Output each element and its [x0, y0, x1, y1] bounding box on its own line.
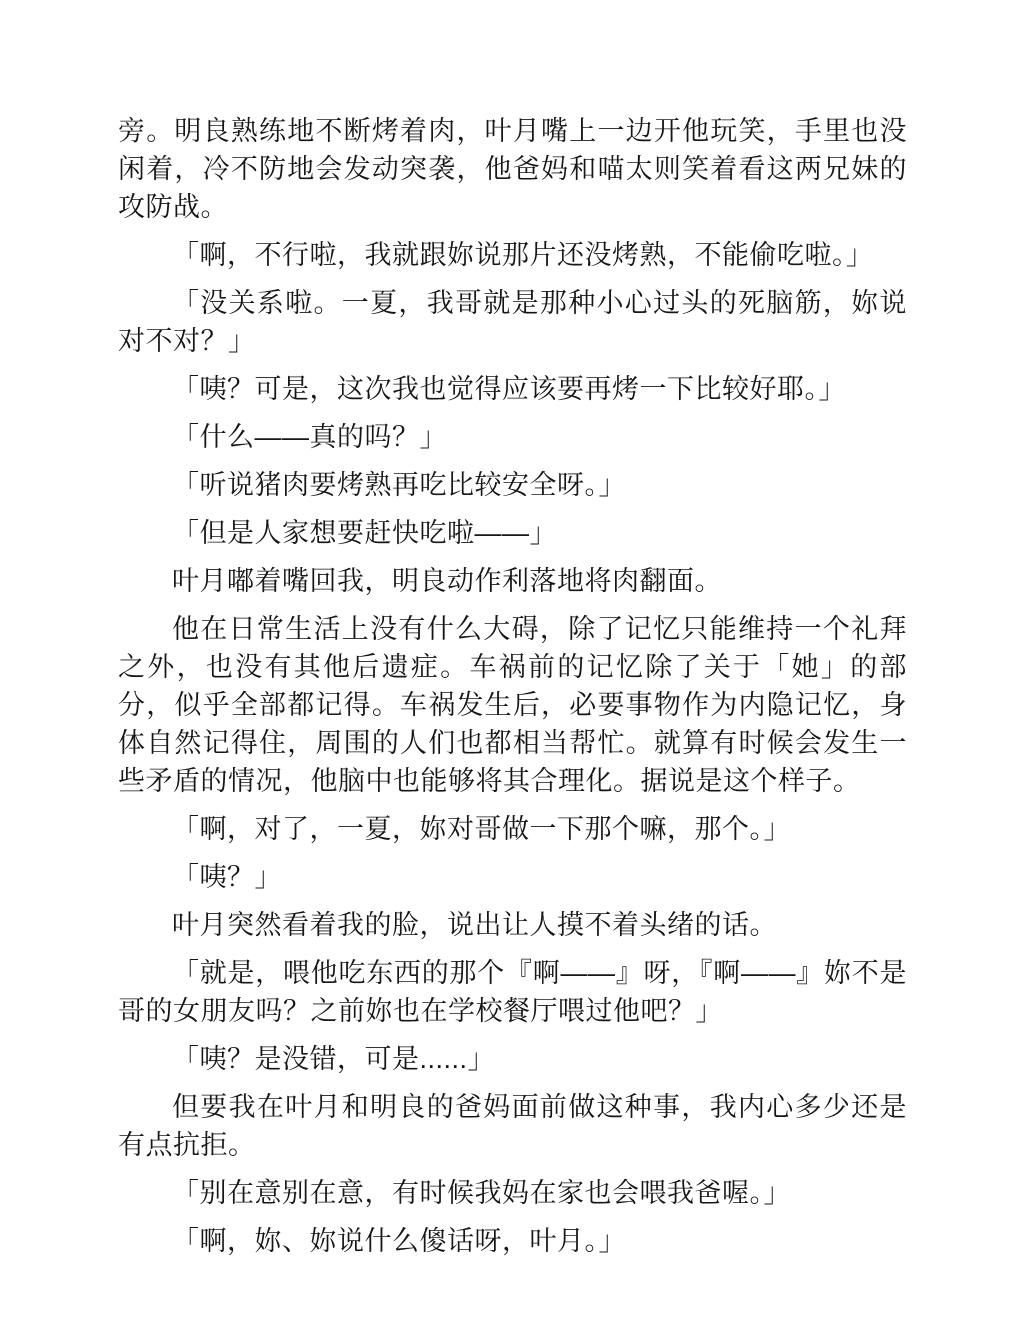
book-page: 旁。明良熟练地不断烤着肉，叶月嘴上一边开他玩笑，手里也没闲着，冷不防地会发动突袭…: [0, 0, 1020, 1320]
paragraph: 「就是，喂他吃东西的那个『啊——』呀，『啊——』妳不是哥的女朋友吗？之前妳也在学…: [118, 954, 907, 1030]
paragraph: 「什么——真的吗？」: [118, 418, 907, 456]
paragraph: 「咦？」: [118, 858, 907, 896]
paragraph: 「但是人家想要赶快吃啦——」: [118, 514, 907, 552]
paragraph: 「啊，妳、妳说什么傻话呀，叶月。」: [118, 1222, 907, 1260]
paragraph: 「听说猪肉要烤熟再吃比较安全呀。」: [118, 466, 907, 504]
paragraph: 但要我在叶月和明良的爸妈面前做这种事，我内心多少还是有点抗拒。: [118, 1088, 907, 1164]
paragraph: 叶月嘟着嘴回我，明良动作利落地将肉翻面。: [118, 562, 907, 600]
paragraph: 叶月突然看着我的脸，说出让人摸不着头绪的话。: [118, 906, 907, 944]
paragraph: 「别在意别在意，有时候我妈在家也会喂我爸喔。」: [118, 1174, 907, 1212]
paragraph: 旁。明良熟练地不断烤着肉，叶月嘴上一边开他玩笑，手里也没闲着，冷不防地会发动突袭…: [118, 112, 907, 226]
paragraph: 他在日常生活上没有什么大碍，除了记忆只能维持一个礼拜之外，也没有其他后遗症。车祸…: [118, 610, 907, 800]
paragraph: 「咦？可是，这次我也觉得应该要再烤一下比较好耶。」: [118, 370, 907, 408]
paragraph: 「啊，不行啦，我就跟妳说那片还没烤熟，不能偷吃啦。」: [118, 236, 907, 274]
paragraph: 「没关系啦。一夏，我哥就是那种小心过头的死脑筋，妳说对不对？」: [118, 284, 907, 360]
paragraph: 「啊，对了，一夏，妳对哥做一下那个嘛，那个。」: [118, 810, 907, 848]
paragraph: 「咦？是没错，可是......」: [118, 1040, 907, 1078]
